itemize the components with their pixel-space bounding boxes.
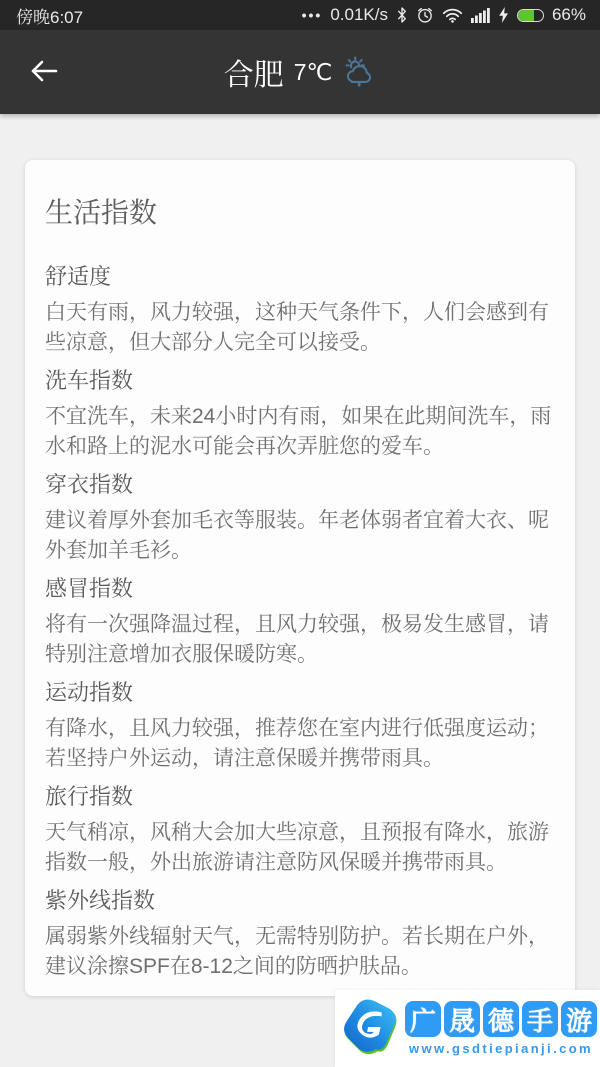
section-body: 不宜洗车，未来24小时内有雨，如果在此期间洗车，雨水和路上的泥水可能会再次弄脏您… [45,402,555,462]
section-comfort: 舒适度 白天有雨，风力较强，这种天气条件下，人们会感到有些凉意，但大部分人完全可… [45,262,555,358]
wifi-icon [442,7,463,23]
section-heading: 旅行指数 [45,782,555,812]
section-dressing: 穿衣指数 建议着厚外套加毛衣等服装。年老体弱者宜着大衣、呢外套加羊毛衫。 [45,470,555,566]
section-body: 有降水，且风力较强，推荐您在室内进行低强度运动；若坚持户外运动，请注意保暖并携带… [45,714,555,774]
status-time: 傍晚6:07 [16,3,83,28]
section-body: 白天有雨，风力较强，这种天气条件下，人们会感到有些凉意，但大部分人完全可以接受。 [45,298,555,358]
section-cold-flu: 感冒指数 将有一次强降温过程，且风力较强，极易发生感冒，请特别注意增加衣服保暖防… [45,574,555,670]
battery-icon [517,9,544,22]
app-bar: 合肥 7℃ [0,30,600,114]
charging-bolt-icon [499,7,509,23]
brand-char: 手 [522,1001,558,1037]
notification-dots-icon: ••• [302,7,323,23]
network-speed: 0.01K/s [330,5,388,25]
brand-tiles: 广 晟 德 手 游 [405,1001,597,1037]
section-heading: 舒适度 [45,262,555,292]
section-heading: 穿衣指数 [45,470,555,500]
status-bar: 傍晚6:07 ••• 0.01K/s [0,0,600,30]
bluetooth-icon [396,6,408,24]
section-travel: 旅行指数 天气稍凉，风稍大会加大些凉意，且预报有降水，旅游指数一般，外出旅游请注… [45,782,555,878]
section-car-wash: 洗车指数 不宜洗车，未来24小时内有雨，如果在此期间洗车，雨水和路上的泥水可能会… [45,366,555,462]
back-button[interactable] [22,50,66,94]
battery-fill [518,10,535,21]
city-name: 合肥 [224,50,284,94]
section-heading: 紫外线指数 [45,886,555,916]
card-title: 生活指数 [45,194,555,232]
battery-percent: 66% [552,5,586,25]
section-sports: 运动指数 有降水，且风力较强，推荐您在室内进行低强度运动；若坚持户外运动，请注意… [45,678,555,774]
brand-char: 德 [483,1001,519,1037]
brand-char: 晟 [444,1001,480,1037]
section-body: 属弱紫外线辐射天气，无需特别防护。若长期在户外，建议涂擦SPF在8-12之间的防… [45,922,555,982]
brand-char: 广 [405,1001,441,1037]
watermark-text: 广 晟 德 手 游 www.gsdtiepianji.com [405,1001,597,1056]
brand-url: www.gsdtiepianji.com [409,1041,593,1056]
gsd-logo-icon [339,995,401,1062]
section-heading: 洗车指数 [45,366,555,396]
section-body: 天气稍凉，风稍大会加大些凉意，且预报有降水，旅游指数一般，外出旅游请注意防风保暖… [45,818,555,878]
section-heading: 运动指数 [45,678,555,708]
current-temperature: 7℃ [294,59,333,86]
weather-shower-icon [342,56,376,89]
section-body: 将有一次强降温过程，且风力较强，极易发生感冒，请特别注意增加衣服保暖防寒。 [45,610,555,670]
app-bar-title: 合肥 7℃ [224,50,377,94]
watermark: 广 晟 德 手 游 www.gsdtiepianji.com [335,990,600,1067]
brand-char: 游 [561,1001,597,1037]
section-heading: 感冒指数 [45,574,555,604]
section-uv: 紫外线指数 属弱紫外线辐射天气，无需特别防护。若长期在户外，建议涂擦SPF在8-… [45,886,555,982]
section-body: 建议着厚外套加毛衣等服装。年老体弱者宜着大衣、呢外套加羊毛衫。 [45,506,555,566]
cellular-signal-icon [471,8,491,23]
alarm-clock-icon [416,6,434,24]
life-index-card: 生活指数 舒适度 白天有雨，风力较强，这种天气条件下，人们会感到有些凉意，但大部… [25,160,575,996]
back-arrow-icon [28,57,60,88]
